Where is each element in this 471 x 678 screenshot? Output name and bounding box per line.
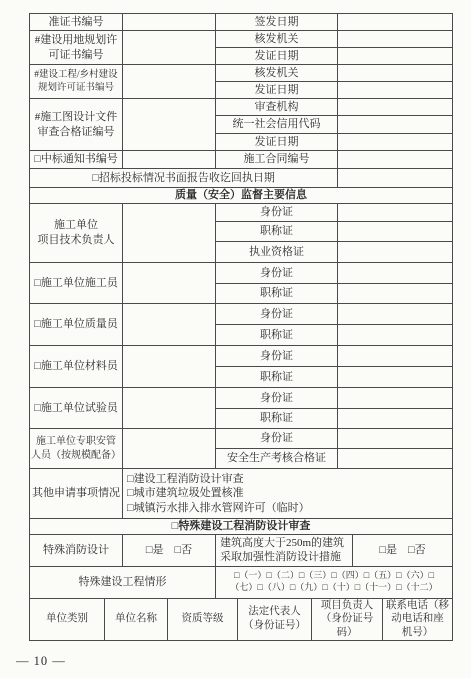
special-fire-design-label: 特殊消防设计: [30, 534, 123, 566]
credit-code-label: 统一社会信用代码: [216, 116, 338, 134]
cert-label: 身份证: [216, 429, 338, 449]
cert-label: 身份证: [216, 346, 338, 367]
cert-label: 安全生产考核合格证: [216, 449, 338, 469]
tester-label: □施工单位试验员: [30, 388, 123, 429]
drawing-issue-date-value: [338, 134, 453, 151]
cert-value: [338, 304, 453, 325]
issue-date-label: 签发日期: [216, 14, 338, 31]
unit-name-header: 单位名称: [105, 598, 168, 641]
cert-value: [338, 284, 453, 304]
cert-value: [338, 263, 453, 284]
material-officer-label: □施工单位材料员: [30, 346, 123, 388]
approval-cert-no-value: [123, 14, 216, 31]
safety-staff-value: [123, 429, 216, 469]
planning-issue-date-label: 发证日期: [216, 82, 338, 99]
supervision-section-header: 质量（安全）监督主要信息: [30, 188, 453, 204]
issue-date-value: [338, 14, 453, 31]
quality-officer-value: [123, 304, 216, 346]
review-org-label: 审查机构: [216, 99, 338, 116]
bid-report-value: [338, 169, 453, 188]
drawing-review-value: [123, 99, 216, 151]
review-org-value: [338, 99, 453, 116]
cert-value: [338, 346, 453, 367]
drawing-review-label: #施工图设计文件 审查合格证编号: [30, 99, 123, 151]
bid-report-label: □招标投标情况书面报告收讫回执日期: [30, 169, 338, 188]
contract-no-label: 施工合同编号: [216, 151, 338, 169]
legal-representative-header: 法定代表人 （身份证号）: [238, 598, 312, 641]
credit-code-value: [338, 116, 453, 134]
cert-label: 身份证: [216, 388, 338, 409]
land-issue-date-label: 发证日期: [216, 48, 338, 65]
cert-value: [338, 409, 453, 429]
cert-label: 职称证: [216, 325, 338, 346]
other-items-options: □建设工程消防设计审查 □城市建筑垃圾处置核准 □城镇污水排入排水管网许可（临时…: [123, 469, 453, 519]
other-items-label: 其他申请事项情况: [30, 469, 123, 519]
cert-label: 身份证: [216, 204, 338, 222]
planning-issue-date-value: [338, 82, 453, 99]
constructor-label: □施工单位施工员: [30, 263, 123, 304]
approval-cert-no-label: 准证书编号: [30, 14, 123, 31]
tech-leader-label: 施工单位 项目技术负责人: [30, 204, 123, 263]
cert-label: 身份证: [216, 304, 338, 325]
bid-notice-value: [123, 151, 216, 169]
special-situations-label: 特殊建设工程情形: [30, 566, 216, 598]
qualification-grade-header: 资质等级: [168, 598, 238, 641]
cert-value: [338, 204, 453, 222]
planning-permit-label: #建设工程/乡村建设 规划许可证书编号: [30, 65, 123, 99]
cert-label: 职称证: [216, 222, 338, 242]
planning-authority-label: 核发机关: [216, 65, 338, 82]
cert-label: 职称证: [216, 284, 338, 304]
contract-no-value: [338, 151, 453, 169]
unit-type-header: 单位类别: [30, 598, 105, 641]
fire-review-section-header: □特殊建设工程消防设计审查: [30, 519, 453, 535]
permit-form-table: 准证书编号 签发日期 #建设用地规划许 可证书编号 核发机关 发证日期 #建设工…: [29, 13, 453, 641]
bid-notice-label: □中标通知书编号: [30, 151, 123, 169]
material-officer-value: [123, 346, 216, 388]
quality-officer-label: □施工单位质量员: [30, 304, 123, 346]
cert-label: 职称证: [216, 409, 338, 429]
land-authority-value: [338, 31, 453, 48]
special-situations-options: □（一）□（二）□（三）□（四）□（五）□（六）□ （七）□（八）□（九）□（十…: [216, 566, 453, 598]
land-permit-value: [123, 31, 216, 65]
cert-value: [338, 388, 453, 409]
tester-value: [123, 388, 216, 429]
cert-label: 执业资格证: [216, 242, 338, 263]
safety-staff-label: 施工单位专职安管 人员（按规模配备）: [30, 429, 123, 469]
constructor-value: [123, 263, 216, 304]
cert-value: [338, 429, 453, 449]
cert-value: [338, 222, 453, 242]
tech-leader-value: [123, 204, 216, 263]
cert-value: [338, 242, 453, 263]
drawing-issue-date-label: 发证日期: [216, 134, 338, 151]
land-permit-label: #建设用地规划许 可证书编号: [30, 31, 123, 65]
cert-value: [338, 449, 453, 469]
highrise-measure-choice: □是 □否: [353, 534, 453, 566]
planning-authority-value: [338, 65, 453, 82]
project-manager-header: 项目负责人 （身份证号 码）: [312, 598, 383, 641]
land-issue-date-value: [338, 48, 453, 65]
cert-label: 身份证: [216, 263, 338, 284]
page-number: — 10 —: [16, 654, 66, 669]
cert-label: 职称证: [216, 367, 338, 388]
cert-value: [338, 325, 453, 346]
cert-value: [338, 367, 453, 388]
special-fire-design-choice: □是 □否: [123, 534, 216, 566]
planning-permit-value: [123, 65, 216, 99]
contact-phone-header: 联系电话（移 动电话和座 机号）: [383, 598, 453, 641]
land-authority-label: 核发机关: [216, 31, 338, 48]
highrise-measure-label: 建筑高度大于250m的建筑 采取加强性消防设计措施: [216, 534, 353, 566]
